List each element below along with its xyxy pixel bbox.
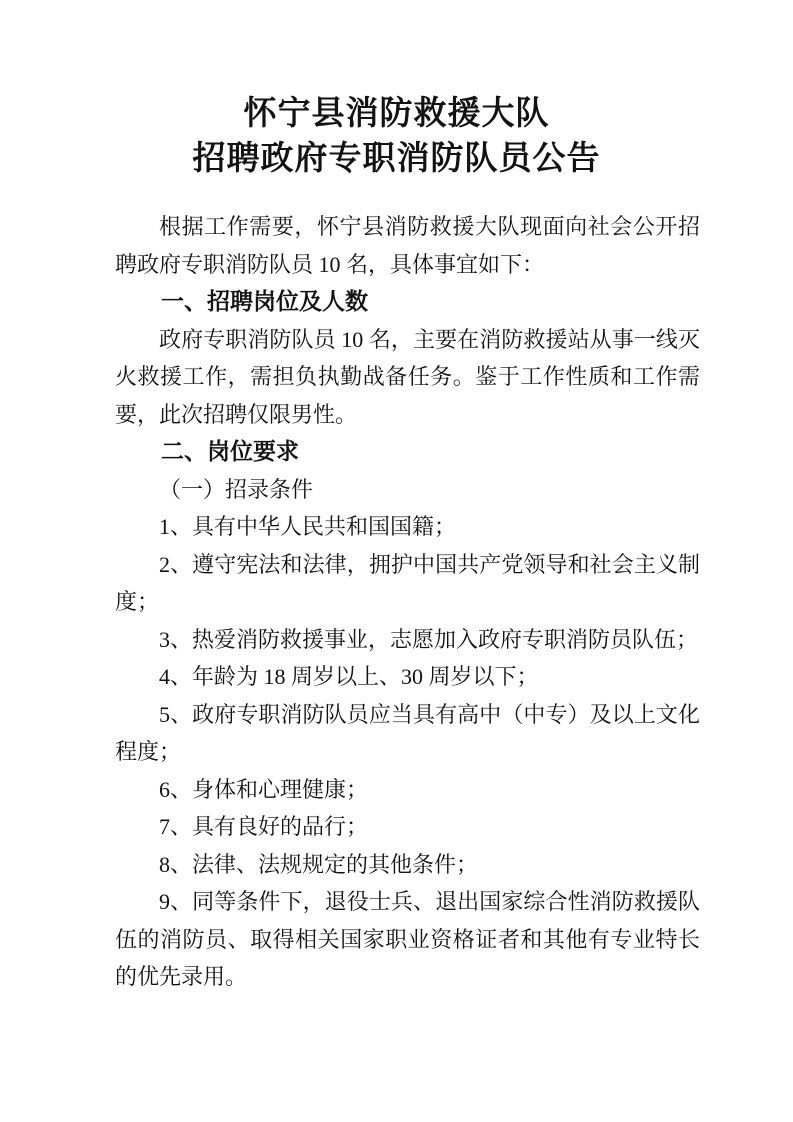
- requirement-item-9: 9、同等条件下，退役士兵、退出国家综合性消防救援队伍的消防员、取得相关国家职业资…: [115, 883, 700, 996]
- requirement-item-7: 7、具有良好的品行；: [115, 808, 700, 846]
- requirement-item-2: 2、遵守宪法和法律，拥护中国共产党领导和社会主义制度；: [115, 546, 700, 621]
- document-body: 根据工作需要，怀宁县消防救援大队现面向社会公开招聘政府专职消防队员 10 名，具…: [115, 208, 700, 996]
- title-line-1: 怀宁县消防救援大队: [0, 92, 793, 137]
- title-line-2: 招聘政府专职消防队员公告: [0, 137, 793, 182]
- section-heading-2: 二、岗位要求: [115, 433, 700, 471]
- subsection-heading-1: （一）招录条件: [115, 471, 700, 509]
- requirement-item-5: 5、政府专职消防队员应当具有高中（中专）及以上文化程度；: [115, 696, 700, 771]
- requirement-item-3: 3、热爱消防救援事业，志愿加入政府专职消防员队伍；: [115, 621, 700, 659]
- requirement-item-6: 6、身体和心理健康；: [115, 771, 700, 809]
- requirement-item-4: 4、年龄为 18 周岁以上、30 周岁以下；: [115, 658, 700, 696]
- requirement-item-8: 8、法律、法规规定的其他条件；: [115, 846, 700, 884]
- section-heading-1: 一、招聘岗位及人数: [115, 283, 700, 321]
- requirement-item-1: 1、具有中华人民共和国国籍；: [115, 508, 700, 546]
- paragraph-position: 政府专职消防队员 10 名，主要在消防救援站从事一线灭火救援工作，需担负执勤战备…: [115, 321, 700, 434]
- document-title: 怀宁县消防救援大队 招聘政府专职消防队员公告: [0, 92, 793, 182]
- document-page: 怀宁县消防救援大队 招聘政府专职消防队员公告 根据工作需要，怀宁县消防救援大队现…: [0, 0, 793, 1122]
- paragraph-intro: 根据工作需要，怀宁县消防救援大队现面向社会公开招聘政府专职消防队员 10 名，具…: [115, 208, 700, 283]
